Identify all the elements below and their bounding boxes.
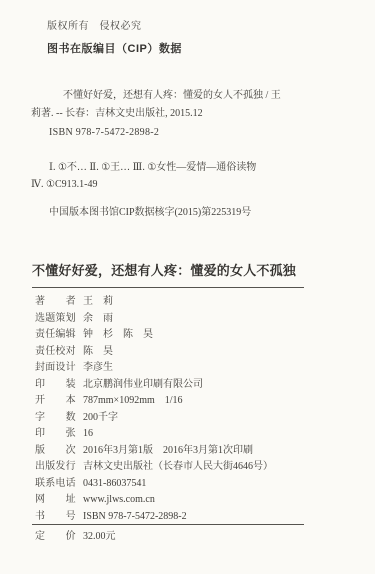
colophon-row-phone: 联系电话0431-86037541 (35, 476, 273, 493)
row-label: 出版发行 (35, 459, 77, 476)
row-label: 责任校对 (35, 344, 77, 361)
row-label: 选题策划 (35, 311, 77, 328)
colophon-row-isbn: 书 号ISBN 978-7-5472-2898-2 (35, 509, 273, 526)
colophon-row-proofreader: 责任校对陈 昊 (35, 344, 273, 361)
colophon-row-website: 网 址www.jlws.com.cn (35, 492, 273, 509)
cip-description-line2: 莉著. -- 长春：吉林文史出版社, 2015.12 (31, 108, 203, 120)
row-label: 联系电话 (35, 476, 77, 493)
row-value: 吉林文史出版社（长春市人民大街4646号） (83, 461, 273, 472)
row-label: 网 址 (35, 492, 77, 509)
colophon-table: 著 者王 莉 选题策划余 雨 责任编辑钟 杉 陈 昊 责任校对陈 昊 封面设计李… (35, 294, 273, 525)
row-value: 王 莉 (83, 296, 113, 307)
row-label: 开 本 (35, 393, 77, 410)
title-divider (32, 287, 304, 288)
row-value: 钟 杉 陈 昊 (83, 329, 153, 340)
price-divider (32, 524, 304, 525)
cip-data-header: 图书在版编目（CIP）数据 (47, 43, 182, 55)
cip-isbn: ISBN 978-7-5472-2898-2 (49, 127, 159, 139)
row-value: 16 (83, 428, 93, 439)
row-label: 印 张 (35, 426, 77, 443)
colophon-row-publisher: 出版发行吉林文史出版社（长春市人民大街4646号） (35, 459, 273, 476)
row-label: 字 数 (35, 410, 77, 427)
colophon-row-edition: 版 次2016年3月第1版 2016年3月第1次印刷 (35, 443, 273, 460)
row-value: 32.00元 (83, 531, 116, 542)
row-label: 印 装 (35, 377, 77, 394)
colophon-row-author: 著 者王 莉 (35, 294, 273, 311)
row-label: 版 次 (35, 443, 77, 460)
colophon-row-editor: 责任编辑钟 杉 陈 昊 (35, 327, 273, 344)
copyright-notice: 版权所有 侵权必究 (47, 21, 142, 33)
row-value: ISBN 978-7-5472-2898-2 (83, 511, 187, 522)
row-value: 200千字 (83, 412, 118, 423)
colophon-row-printer: 印 装北京鹏润伟业印刷有限公司 (35, 377, 273, 394)
row-value: www.jlws.com.cn (83, 494, 155, 505)
row-value: 李彦生 (83, 362, 113, 373)
cip-description-line1: 不懂好好爱，还想有人疼：懂爱的女人不孤独 / 王 (63, 90, 281, 102)
colophon-row-planner: 选题策划余 雨 (35, 311, 273, 328)
colophon-row-format: 开 本787mm×1092mm 1/16 (35, 393, 273, 410)
row-label: 封面设计 (35, 360, 77, 377)
row-label: 书 号 (35, 509, 77, 526)
row-label: 定 价 (35, 529, 77, 546)
row-label: 责任编辑 (35, 327, 77, 344)
cip-classification-line2: Ⅳ. ①C913.1-49 (31, 179, 97, 191)
row-value: 余 雨 (83, 313, 113, 324)
colophon-row-word-count: 字 数200千字 (35, 410, 273, 427)
cip-classification-line1: Ⅰ. ①不… Ⅱ. ①王… Ⅲ. ①女性—爱情—通俗读物 (49, 162, 256, 174)
book-title: 不懂好好爱，还想有人疼：懂爱的女人不孤独 (32, 260, 296, 279)
cip-record-number: 中国版本图书馆CIP数据核字(2015)第225319号 (49, 207, 251, 219)
row-value: 北京鹏润伟业印刷有限公司 (83, 379, 203, 390)
copyright-page: 版权所有 侵权必究 图书在版编目（CIP）数据 不懂好好爱，还想有人疼：懂爱的女… (0, 0, 375, 574)
row-value: 2016年3月第1版 2016年3月第1次印刷 (83, 445, 253, 456)
colophon-row-price: 定 价32.00元 (35, 529, 116, 546)
colophon-row-sheets: 印 张16 (35, 426, 273, 443)
row-label: 著 者 (35, 294, 77, 311)
row-value: 陈 昊 (83, 346, 113, 357)
colophon-row-cover-design: 封面设计李彦生 (35, 360, 273, 377)
row-value: 0431-86037541 (83, 478, 146, 489)
row-value: 787mm×1092mm 1/16 (83, 395, 183, 406)
